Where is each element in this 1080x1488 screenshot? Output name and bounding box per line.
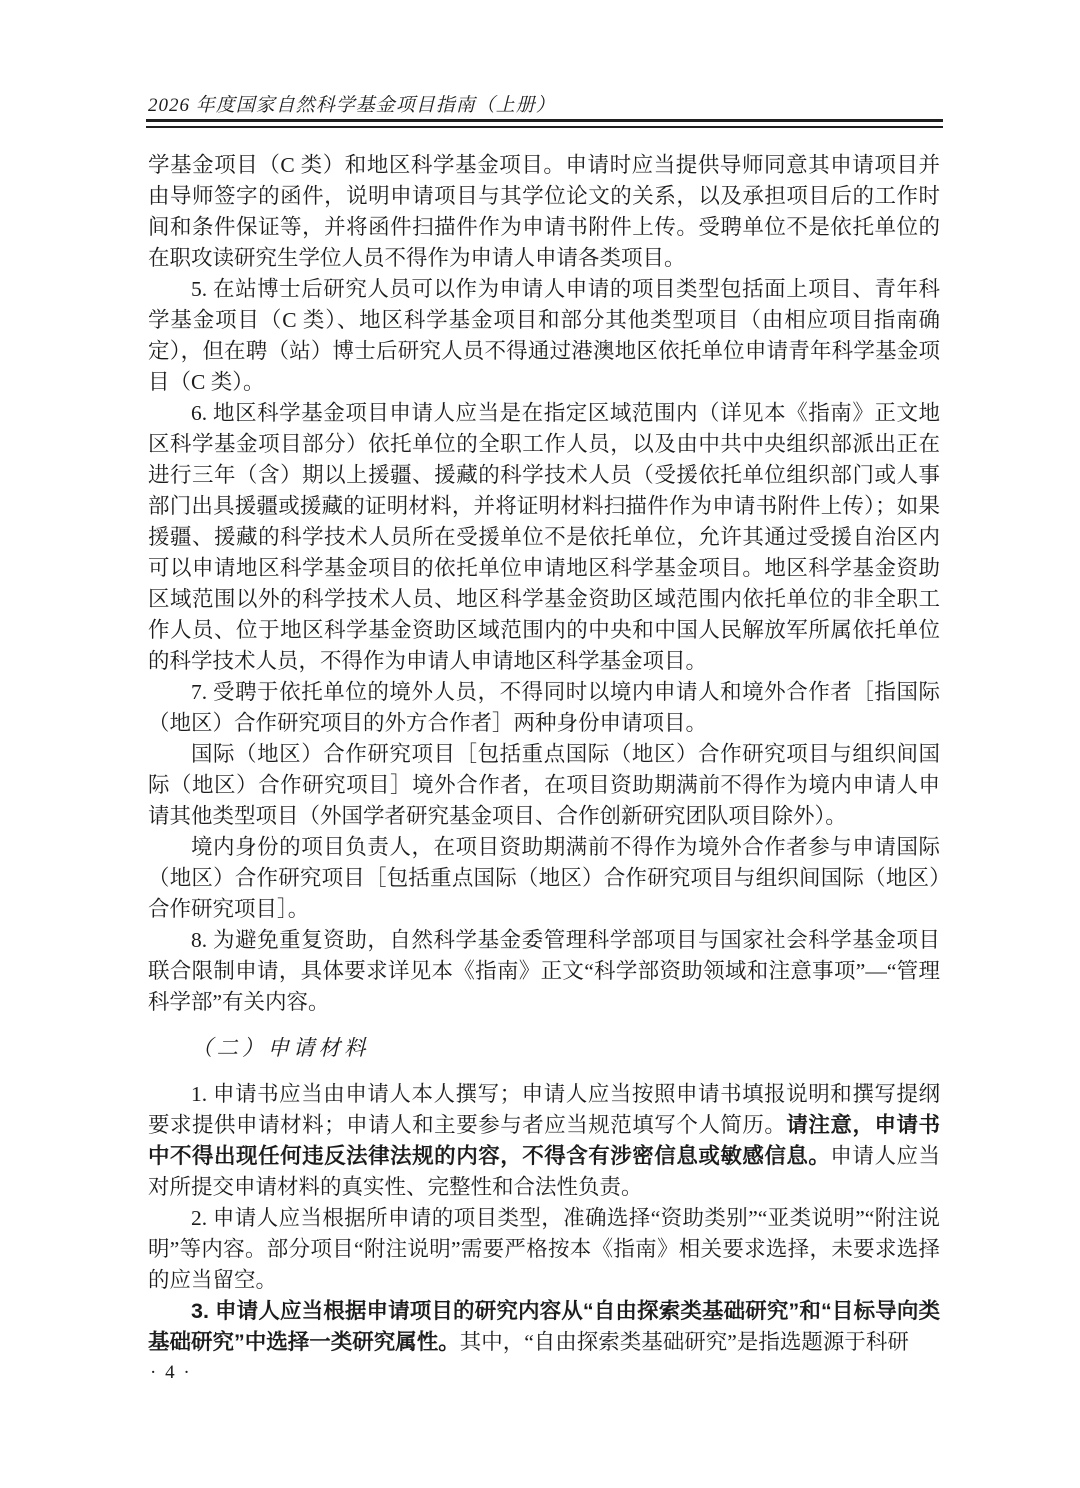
item-3-paragraph: 3. 申请人应当根据申请项目的研究内容从“自由探索类基础研究”和“目标导向类基础… [148,1296,940,1358]
paragraph-text: 5. 在站博士后研究人员可以作为申请人申请的项目类型包括面上项目、青年科学基金项… [148,277,940,394]
running-header: 2026 年度国家自然科学基金项目指南（上册） [148,90,940,117]
section-heading: （二）申请材料 [148,1033,940,1064]
paragraph-text: 6. 地区科学基金项目申请人应当是在指定区域范围内（详见本《指南》正文地区科学基… [148,401,940,673]
item-6-paragraph: 6. 地区科学基金项目申请人应当是在指定区域范围内（详见本《指南》正文地区科学基… [148,398,940,677]
document-body: 学基金项目（C 类）和地区科学基金项目。申请时应当提供导师同意其申请项目并由导师… [148,150,940,1358]
item-1-paragraph: 1. 申请书应当由申请人本人撰写；申请人应当按照申请书填报说明和撰写提纲要求提供… [148,1079,940,1203]
paragraph-text: 7. 受聘于依托单位的境外人员，不得同时以境内申请人和境外合作者［指国际（地区）… [148,680,940,735]
paragraph-text: 8. 为避免重复资助，自然科学基金委管理科学部项目与国家社会科学基金项目联合限制… [148,928,940,1014]
paragraph-text: 2. 申请人应当根据所申请的项目类型，准确选择“资助类别”“亚类说明”“附注说明… [148,1206,940,1292]
paragraph-text: 国际（地区）合作研究项目［包括重点国际（地区）合作研究项目与组织间国际（地区）合… [148,742,940,828]
paragraph-text: 学基金项目（C 类）和地区科学基金项目。申请时应当提供导师同意其申请项目并由导师… [148,153,940,270]
item-7-paragraph: 7. 受聘于依托单位的境外人员，不得同时以境内申请人和境外合作者［指国际（地区）… [148,677,940,739]
item-7-international-paragraph: 国际（地区）合作研究项目［包括重点国际（地区）合作研究项目与组织间国际（地区）合… [148,739,940,832]
item-5-paragraph: 5. 在站博士后研究人员可以作为申请人申请的项目类型包括面上项目、青年科学基金项… [148,274,940,398]
item-2-paragraph: 2. 申请人应当根据所申请的项目类型，准确选择“资助类别”“亚类说明”“附注说明… [148,1203,940,1296]
document-page: 2026 年度国家自然科学基金项目指南（上册） 学基金项目（C 类）和地区科学基… [0,0,1080,1488]
item-8-paragraph: 8. 为避免重复资助，自然科学基金委管理科学部项目与国家社会科学基金项目联合限制… [148,925,940,1018]
page-number: · 4 · [150,1362,192,1384]
paragraph-text: 其中，“自由探索类基础研究”是指选题源于科研 [460,1330,909,1354]
item-7-domestic-paragraph: 境内身份的项目负责人，在项目资助期满前不得作为境外合作者参与申请国际（地区）合作… [148,832,940,925]
header-rule [146,119,943,128]
paragraph-text: 境内身份的项目负责人，在项目资助期满前不得作为境外合作者参与申请国际（地区）合作… [148,835,940,921]
paragraph-continuation: 学基金项目（C 类）和地区科学基金项目。申请时应当提供导师同意其申请项目并由导师… [148,150,940,274]
section-heading-text: （二）申请材料 [191,1036,370,1060]
